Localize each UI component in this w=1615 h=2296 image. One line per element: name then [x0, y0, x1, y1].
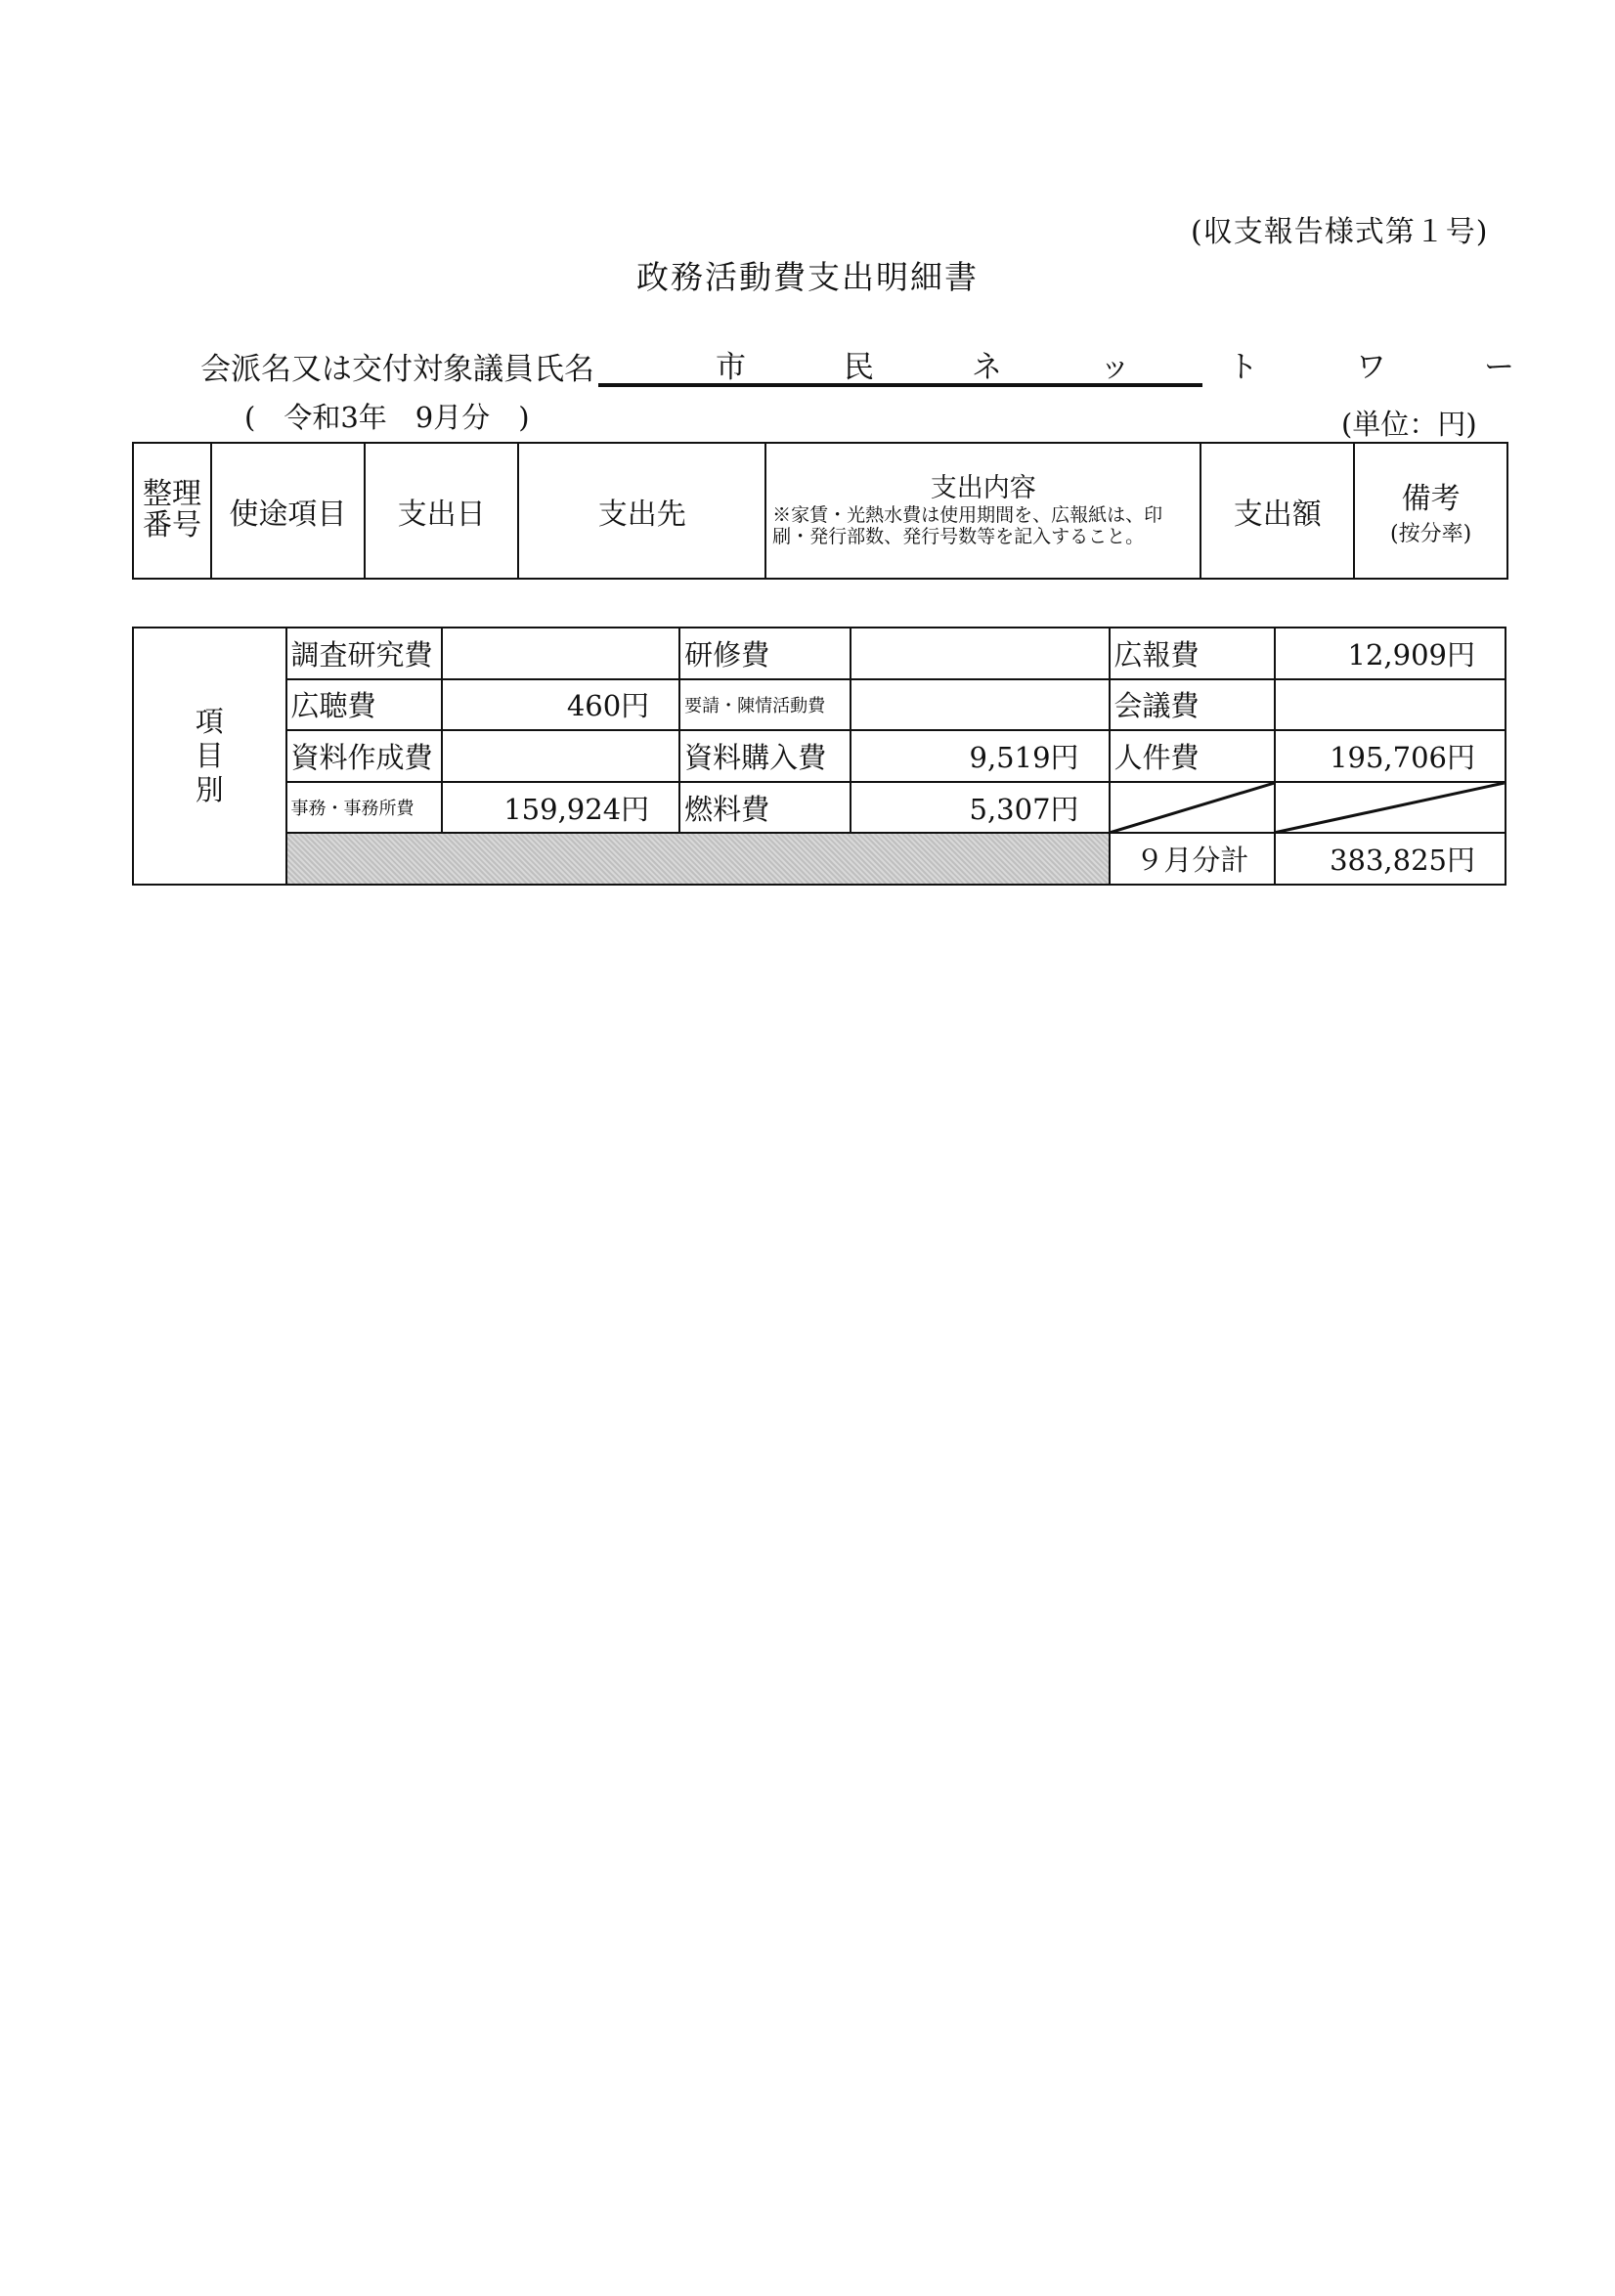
form-number: (収支報告様式第１号) — [1191, 207, 1488, 250]
category-name: 広報費 — [1110, 628, 1276, 679]
category-name: 資料作成費 — [286, 730, 442, 782]
shaded-area — [286, 833, 1110, 885]
category-amount: 460円 — [442, 679, 680, 731]
category-amount: 12,909円 — [1275, 628, 1506, 679]
category-amount — [851, 628, 1109, 679]
unit-label: (単位：円) — [1341, 403, 1477, 443]
content-title: 支出内容 — [772, 473, 1194, 504]
category-amount: 5,307円 — [851, 782, 1109, 834]
party-name-char: ク — [1553, 342, 1615, 386]
category-name: 調査研究費 — [286, 628, 442, 679]
total-row: ９月分計383,825円 — [133, 833, 1506, 885]
category-name: 広聴費 — [286, 679, 442, 731]
category-name: 資料購入費 — [679, 730, 851, 782]
category-label-cell: 項目別 — [133, 628, 286, 885]
summary-row: 広聴費460円要請・陳情活動費会議費 — [133, 679, 1506, 731]
remarks-sub: (按分率) — [1355, 517, 1506, 547]
report-period: ( 令和3年 9月分 ) — [244, 396, 530, 436]
party-name-char: ト — [1169, 342, 1297, 386]
col-usage-item: 使途項目 — [211, 443, 365, 579]
category-amount: 159,924円 — [442, 782, 680, 834]
party-name: 市民ネットワーク — [598, 342, 1202, 387]
party-name-char: 民 — [785, 342, 913, 386]
category-amount: 9,519円 — [851, 730, 1109, 782]
summary-row: 資料作成費資料購入費9,519円人件費195,706円 — [133, 730, 1506, 782]
category-amount — [1275, 679, 1506, 731]
col-date: 支出日 — [365, 443, 519, 579]
empty-cell — [1275, 782, 1506, 834]
col-remarks: 備考 (按分率) — [1354, 443, 1507, 579]
document-title: 政務活動費支出明細書 — [0, 252, 1615, 298]
col-payee: 支出先 — [518, 443, 765, 579]
category-name: 燃料費 — [679, 782, 851, 834]
category-name: 会議費 — [1110, 679, 1276, 731]
col-seq-no: 整理番号 — [133, 443, 211, 579]
party-name-char: ネ — [913, 342, 1041, 386]
category-amount — [442, 730, 680, 782]
total-amount: 383,825円 — [1275, 833, 1506, 885]
summary-row: 項目別調査研究費研修費広報費12,909円 — [133, 628, 1506, 679]
party-name-char: ー — [1425, 342, 1553, 386]
party-name-char: 市 — [657, 342, 785, 386]
col-amount: 支出額 — [1200, 443, 1354, 579]
category-summary-table: 項目別調査研究費研修費広報費12,909円広聴費460円要請・陳情活動費会議費資… — [132, 627, 1506, 886]
empty-cell — [1110, 782, 1276, 834]
summary-row: 事務・事務所費159,924円燃料費5,307円 — [133, 782, 1506, 834]
category-name: 要請・陳情活動費 — [679, 679, 851, 731]
col-content: 支出内容 ※家賃・光熱水費は使用期間を、広報紙は、印刷・発行部数、発行号数等を記… — [765, 443, 1200, 579]
party-name-char: ッ — [1041, 342, 1169, 386]
category-name: 事務・事務所費 — [286, 782, 442, 834]
category-amount — [442, 628, 680, 679]
total-label: ９月分計 — [1110, 833, 1276, 885]
category-amount — [851, 679, 1109, 731]
expense-header-table: 整理番号 使途項目 支出日 支出先 支出内容 ※家賃・光熱水費は使用期間を、広報… — [132, 442, 1508, 580]
party-name-char: ワ — [1297, 342, 1425, 386]
party-label: 会派名又は交付対象議員氏名 — [200, 344, 594, 388]
category-name: 人件費 — [1110, 730, 1276, 782]
category-name: 研修費 — [679, 628, 851, 679]
content-note: ※家賃・光熱水費は使用期間を、広報紙は、印刷・発行部数、発行号数等を記入すること… — [772, 504, 1162, 547]
category-amount: 195,706円 — [1275, 730, 1506, 782]
